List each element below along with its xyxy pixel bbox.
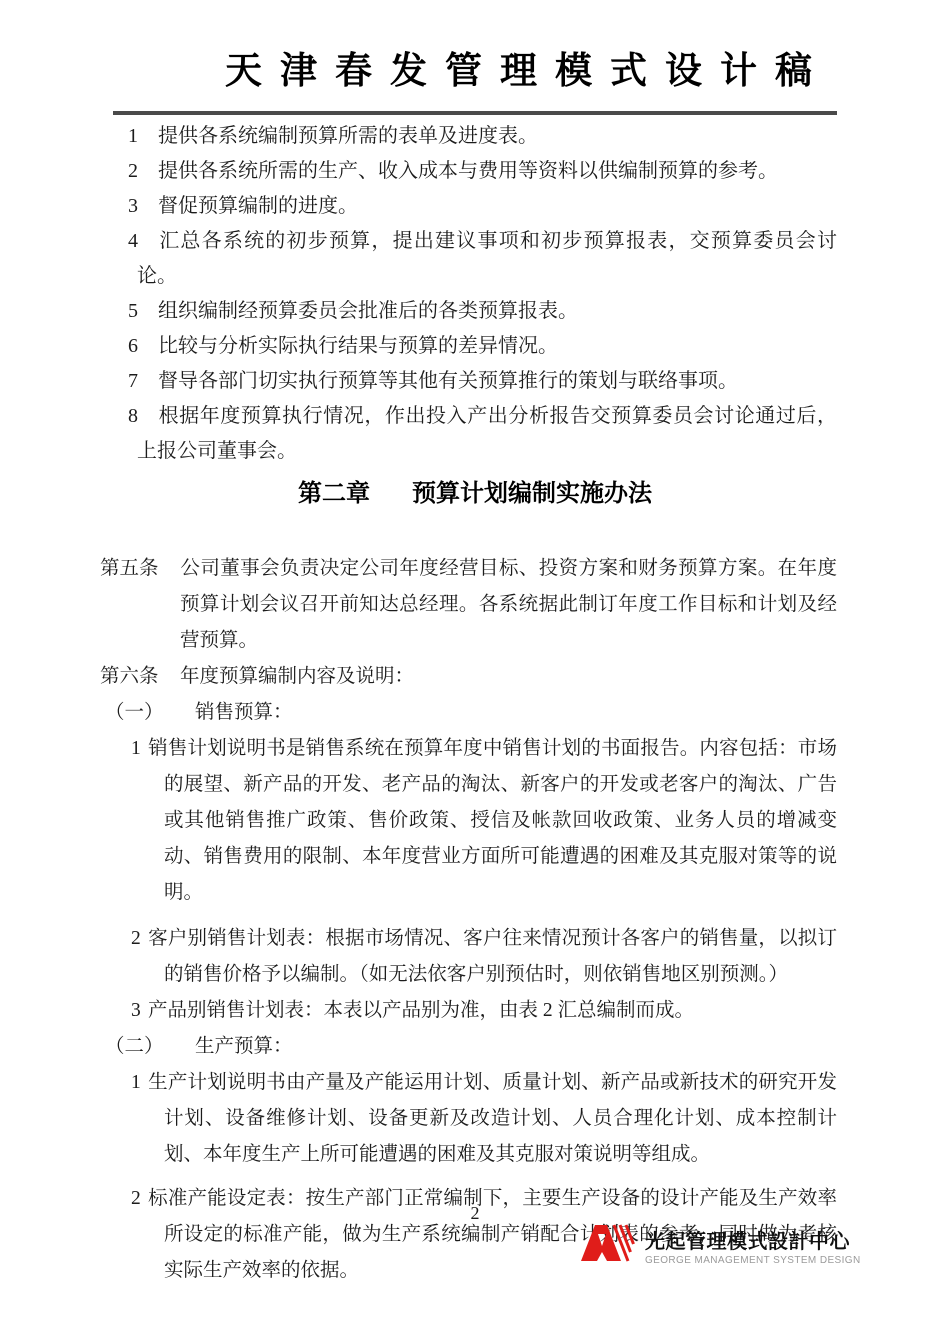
- duty-item: 8根据年度预算执行情况，作出投入产出分析报告交预算委员会讨论通过后，上报公司董事…: [0, 399, 950, 469]
- duty-item: 4汇总各系统的初步预算，提出建议事项和初步预算报表，交预算委员会讨论。: [0, 224, 950, 294]
- document-title: 天津春发管理模式设计稿: [225, 0, 950, 90]
- duty-text: 提供各系统编制预算所需的表单及进度表。: [158, 125, 538, 147]
- subitem-text: 销售计划说明书是销售系统在预算年度中销售计划的书面报告。内容包括：市场的展望、新…: [148, 738, 837, 903]
- section-2-item: 1生产计划说明书由产量及产能运用计划、质量计划、新产品或新技术的研究开发计划、设…: [0, 1065, 950, 1173]
- duty-text: 汇总各系统的初步预算，提出建议事项和初步预算报表，交预算委员会讨论。: [137, 230, 837, 287]
- subitem-number: 1: [131, 1065, 148, 1101]
- subitem-text: 客户别销售计划表：根据市场情况、客户往来情况预计各客户的销售量，以拟订的销售价格…: [148, 928, 837, 985]
- section-label: （二）: [105, 1029, 195, 1065]
- duty-number: 1: [128, 119, 158, 154]
- section-1-item: 2客户别销售计划表：根据市场情况、客户往来情况预计各客户的销售量，以拟订的销售价…: [0, 921, 950, 993]
- chapter-label: 第二章: [298, 480, 370, 507]
- duty-text: 督促预算编制的进度。: [158, 195, 358, 217]
- document-body: 第五条公司董事会负责决定公司年度经营目标、投资方案和财务预算方案。在年度预算计划…: [0, 551, 950, 1289]
- duty-number: 7: [128, 364, 158, 399]
- subitem-number: 2: [131, 921, 148, 957]
- subitem-number: 1: [131, 731, 148, 767]
- article-text: 年度预算编制内容及说明：: [180, 666, 414, 687]
- logo-name-chinese: 光起管理模式設計中心: [645, 1231, 861, 1253]
- subitem-text: 生产计划说明书由产量及产能运用计划、质量计划、新产品或新技术的研究开发计划、设备…: [148, 1072, 837, 1165]
- article-label: 第五条: [100, 551, 180, 587]
- document-page: { "doc": { "title": "天津春发管理模式设计稿" }, "du…: [0, 0, 950, 1344]
- chapter-title: 预算计划编制实施办法: [412, 480, 652, 507]
- chapter-heading: 第二章预算计划编制实施办法: [0, 479, 950, 509]
- company-logo: 光起管理模式設計中心 GEORGE MANAGEMENT SYSTEM DESI…: [581, 1222, 861, 1268]
- duty-item: 1提供各系统编制预算所需的表单及进度表。: [0, 119, 950, 154]
- duty-text: 督导各部门切实执行预算等其他有关预算推行的策划与联络事项。: [158, 370, 738, 392]
- logo-name-english: GEORGE MANAGEMENT SYSTEM DESIGN: [645, 1255, 861, 1267]
- article-text: 公司董事会负责决定公司年度经营目标、投资方案和财务预算方案。在年度预算计划会议召…: [180, 558, 837, 651]
- section-1-item: 1销售计划说明书是销售系统在预算年度中销售计划的书面报告。内容包括：市场的展望、…: [0, 731, 950, 911]
- subitem-text: 产品别销售计划表：本表以产品别为准，由表 2 汇总编制而成。: [148, 1000, 694, 1021]
- duty-item: 6比较与分析实际执行结果与预算的差异情况。: [0, 329, 950, 364]
- duty-text: 组织编制经预算委员会批准后的各类预算报表。: [158, 300, 578, 322]
- duty-item: 2提供各系统所需的生产、收入成本与费用等资料以供编制预算的参考。: [0, 154, 950, 189]
- duty-text: 提供各系统所需的生产、收入成本与费用等资料以供编制预算的参考。: [158, 160, 778, 182]
- duty-item: 7督导各部门切实执行预算等其他有关预算推行的策划与联络事项。: [0, 364, 950, 399]
- article-label: 第六条: [100, 659, 180, 695]
- section-title: 销售预算：: [195, 702, 293, 723]
- duty-text: 根据年度预算执行情况，作出投入产出分析报告交预算委员会讨论通过后，上报公司董事会…: [137, 405, 837, 462]
- subitem-number: 3: [131, 993, 148, 1029]
- article-6: 第六条年度预算编制内容及说明：: [0, 659, 950, 695]
- section-title: 生产预算：: [195, 1036, 293, 1057]
- logo-text-block: 光起管理模式設計中心 GEORGE MANAGEMENT SYSTEM DESI…: [645, 1222, 861, 1267]
- duty-text: 比较与分析实际执行结果与预算的差异情况。: [158, 335, 558, 357]
- duty-number: 4: [128, 224, 158, 259]
- page-number: 2: [0, 1203, 950, 1224]
- section-1-item: 3产品别销售计划表：本表以产品别为准，由表 2 汇总编制而成。: [0, 993, 950, 1029]
- section-1-heading: （一）销售预算：: [0, 695, 950, 731]
- title-divider-rule: [113, 111, 837, 115]
- duty-number: 3: [128, 189, 158, 224]
- duty-number: 8: [128, 399, 158, 434]
- article-5: 第五条公司董事会负责决定公司年度经营目标、投资方案和财务预算方案。在年度预算计划…: [0, 551, 950, 659]
- section-2-heading: （二）生产预算：: [0, 1029, 950, 1065]
- section-label: （一）: [105, 695, 195, 731]
- duty-list: 1提供各系统编制预算所需的表单及进度表。 2提供各系统所需的生产、收入成本与费用…: [0, 119, 950, 469]
- duty-number: 5: [128, 294, 158, 329]
- duty-number: 2: [128, 154, 158, 189]
- duty-number: 6: [128, 329, 158, 364]
- logo-a-icon: [581, 1222, 639, 1268]
- duty-item: 5组织编制经预算委员会批准后的各类预算报表。: [0, 294, 950, 329]
- duty-item: 3督促预算编制的进度。: [0, 189, 950, 224]
